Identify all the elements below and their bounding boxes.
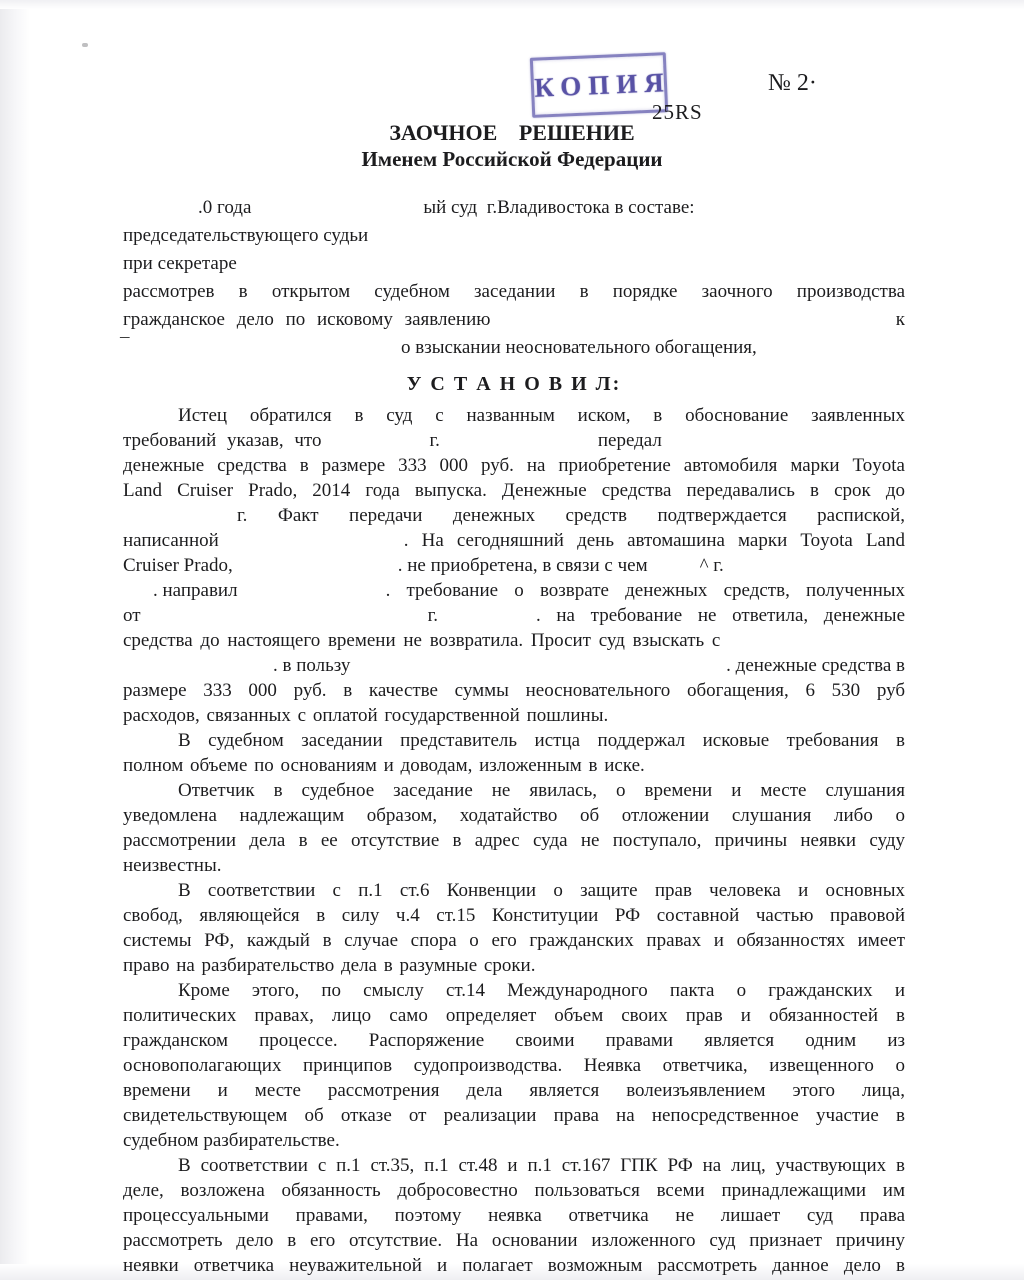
text-line: требований указав, чтог.передал [123, 428, 905, 453]
scan-edge-left [0, 0, 30, 1280]
text-segment: г. [428, 603, 438, 628]
text-line: процессуальными правами, поэтому неявка … [123, 1203, 905, 1228]
text-segment: . денежные средства в [726, 653, 905, 678]
text-line: гражданском процессе. Распоряжение своим… [123, 1028, 905, 1053]
text-segment: свидетельствующем об отказе от реализаци… [123, 1103, 905, 1128]
text-segment: денежные средства в размере 333 000 руб.… [123, 453, 905, 478]
text-segment: размере 333 000 руб. в качестве суммы не… [123, 678, 905, 703]
redacted-gap [251, 194, 423, 222]
text-segment: председательствующего судьи [123, 222, 368, 250]
text-line: отг.. на требование не ответила, денежны… [123, 603, 905, 628]
text-segment: основополагающих принципов судопроизводс… [123, 1053, 905, 1078]
text-segment: Land Cruiser Prado, 2014 года выпуска. Д… [123, 478, 905, 503]
text-segment: . На сегодняшний день автомашина марки T… [404, 528, 905, 553]
text-line: Cruiser Prado,. не приобретена, в связи … [123, 553, 905, 578]
text-line: председательствующего судьи [123, 222, 905, 250]
text-line: политических правах, лицо само определяе… [123, 1003, 905, 1028]
redacted-gap [123, 578, 153, 603]
text-line: Ответчик в судебное заседание не явилась… [123, 778, 905, 803]
text-segment: политических правах, лицо само определяе… [123, 1003, 905, 1028]
text-segment: при секретаре [123, 250, 237, 278]
text-line: г. Факт передачи денежных средств подтве… [123, 503, 905, 528]
text-line: деле, возложена обязанность добросовестн… [123, 1178, 905, 1203]
text-segment: . требование о возврате денежных средств… [386, 578, 905, 603]
redacted-gap [123, 194, 198, 222]
text-segment: В судебном заседании представитель истца… [178, 728, 905, 753]
redacted-gap [440, 428, 598, 453]
redacted-gap [141, 603, 428, 628]
text-segment: средства до настоящего времени не возвра… [123, 628, 720, 653]
text-line: расходов, связанных с оплатой государств… [123, 703, 905, 728]
text-line: неявки ответчика неуважительной и полага… [123, 1253, 905, 1278]
body-section: Истец обратился в суд с названным иском,… [123, 403, 905, 1278]
text-segment: полном объеме по основаниям и доводам, и… [123, 753, 645, 778]
redacted-gap [123, 403, 178, 428]
text-line: В соответствии с п.1 ст.6 Конвенции о за… [123, 878, 905, 903]
text-line: денежные средства в размере 333 000 руб.… [123, 453, 905, 478]
redacted-gap [123, 728, 178, 753]
text-segment: процессуальными правами, поэтому неявка … [123, 1203, 905, 1228]
redacted-gap [123, 978, 178, 1003]
redacted-gap [123, 503, 237, 528]
text-line: написанной. На сегодняшний день автомаши… [123, 528, 905, 553]
text-segment: В соответствии с п.1 ст.35, п.1 ст.48 и … [178, 1153, 905, 1178]
text-line: Land Cruiser Prado, 2014 года выпуска. Д… [123, 478, 905, 503]
document-number: № 2· [768, 70, 817, 97]
text-line: времени и месте рассмотрения дела являет… [123, 1078, 905, 1103]
text-line: судебном разбирательстве. [123, 1128, 905, 1153]
text-line: уведомлена надлежащим образом, ходатайст… [123, 803, 905, 828]
redacted-gap [321, 428, 429, 453]
text-segment: передал [598, 428, 662, 453]
text-line: о взыскании неосновательного обогащения, [123, 334, 905, 362]
text-segment: уведомлена надлежащим образом, ходатайст… [123, 803, 905, 828]
text-segment: . в пользу [273, 653, 350, 678]
text-segment: Кроме этого, по смыслу ст.14 Международн… [178, 978, 905, 1003]
text-segment: ый суд г.Владивостока в составе: [423, 194, 694, 222]
text-segment: судебном разбирательстве. [123, 1128, 340, 1153]
text-segment: гражданское дело по исковому заявлению [123, 306, 490, 334]
text-segment: рассмотрев в открытом судебном заседании… [123, 278, 905, 306]
document-subtitle: Именем Российской Федерации [0, 146, 1024, 173]
text-line: свобод, являющейся в силу ч.4 ст.15 Конс… [123, 903, 905, 928]
text-segment: рассмотреть дело в его отсутствие. На ос… [123, 1228, 905, 1253]
text-line: рассмотрении дела в ее отсутствие в адре… [123, 828, 905, 853]
text-line: В соответствии с п.1 ст.35, п.1 ст.48 и … [123, 1153, 905, 1178]
copy-stamp: КОПИЯ [530, 52, 668, 118]
text-line: свидетельствующем об отказе от реализаци… [123, 1103, 905, 1128]
text-line: Истец обратился в суд с названным иском,… [123, 403, 905, 428]
scan-edge-top [0, 0, 1024, 9]
text-segment: написанной [123, 528, 219, 553]
redacted-gap [648, 553, 700, 578]
text-segment: . не приобретена, в связи с чем [398, 553, 648, 578]
redacted-gap [438, 603, 536, 628]
redacted-gap [123, 878, 178, 903]
text-line: полном объеме по основаниям и доводам, и… [123, 753, 905, 778]
text-line: право на разбирательство дела в разумные… [123, 953, 905, 978]
text-segment: от [123, 603, 141, 628]
text-segment: . направил [153, 578, 238, 603]
text-line: рассмотреть дело в его отсутствие. На ос… [123, 1228, 905, 1253]
text-segment: гражданском процессе. Распоряжение своим… [123, 1028, 905, 1053]
text-segment: Истец обратился в суд с названным иском,… [178, 403, 905, 428]
text-segment: свобод, являющейся в силу ч.4 ст.15 Конс… [123, 903, 905, 928]
text-segment: неизвестны. [123, 853, 221, 878]
text-segment: деле, возложена обязанность добросовестн… [123, 1178, 905, 1203]
text-line: . направил. требование о возврате денежн… [123, 578, 905, 603]
text-line: размере 333 000 руб. в качестве суммы не… [123, 678, 905, 703]
text-segment: Ответчик в судебное заседание не явилась… [178, 778, 905, 803]
text-segment: г. [429, 428, 439, 453]
section-heading: У С Т А Н О В И Л: [123, 372, 905, 397]
text-line: рассмотрев в открытом судебном заседании… [123, 278, 905, 306]
text-segment: .0 года [198, 194, 251, 222]
text-segment: времени и месте рассмотрения дела являет… [123, 1078, 905, 1103]
text-segment: требований указав, что [123, 428, 321, 453]
text-line: .0 годаый суд г.Владивостока в составе: [123, 194, 905, 222]
text-segment: неявки ответчика неуважительной и полага… [123, 1253, 905, 1278]
text-line: Кроме этого, по смыслу ст.14 Международн… [123, 978, 905, 1003]
text-line: при секретаре [123, 250, 905, 278]
redacted-gap [123, 334, 401, 362]
text-segment: . на требование не ответила, денежные [536, 603, 905, 628]
redacted-gap [233, 553, 398, 578]
document-titles: ЗАОЧНОЕ РЕШЕНИЕ Именем Российской Федера… [0, 119, 1024, 173]
text-line: гражданское дело по исковому заявлениюк [123, 306, 905, 334]
text-segment: право на разбирательство дела в разумные… [123, 953, 535, 978]
text-segment: г. Факт передачи денежных средств подтве… [237, 503, 905, 528]
text-segment: ^ г. [700, 553, 724, 578]
document-title: ЗАОЧНОЕ РЕШЕНИЕ [0, 119, 1024, 146]
text-line: В судебном заседании представитель истца… [123, 728, 905, 753]
redacted-gap [350, 653, 726, 678]
text-segment: о взыскании неосновательного обогащения, [401, 334, 757, 362]
redacted-gap [123, 653, 273, 678]
text-segment: системы РФ, каждый в случае спора о его … [123, 928, 905, 953]
redacted-gap [219, 528, 404, 553]
intro-section: .0 годаый суд г.Владивостока в составе:п… [123, 194, 905, 362]
text-line: . в пользу. денежные средства в [123, 653, 905, 678]
text-line: основополагающих принципов судопроизводс… [123, 1053, 905, 1078]
text-segment: Cruiser Prado, [123, 553, 233, 578]
redacted-gap [123, 778, 178, 803]
text-line: неизвестны. [123, 853, 905, 878]
text-segment: В соответствии с п.1 ст.6 Конвенции о за… [178, 878, 905, 903]
scan-speck [82, 43, 88, 47]
redacted-gap [490, 306, 895, 334]
text-segment: расходов, связанных с оплатой государств… [123, 703, 608, 728]
copy-stamp-label: КОПИЯ [527, 67, 672, 104]
redacted-gap [123, 1153, 178, 1178]
text-line: средства до настоящего времени не возвра… [123, 628, 905, 653]
redacted-gap [238, 578, 386, 603]
text-line: системы РФ, каждый в случае спора о его … [123, 928, 905, 953]
text-segment: рассмотрении дела в ее отсутствие в адре… [123, 828, 905, 853]
scanned-court-document-page: КОПИЯ № 2· 25RS ЗАОЧНОЕ РЕШЕНИЕ Именем Р… [0, 0, 1024, 1280]
document-text-column: .0 годаый суд г.Владивостока в составе:п… [123, 194, 905, 1278]
text-segment: к [896, 306, 905, 334]
